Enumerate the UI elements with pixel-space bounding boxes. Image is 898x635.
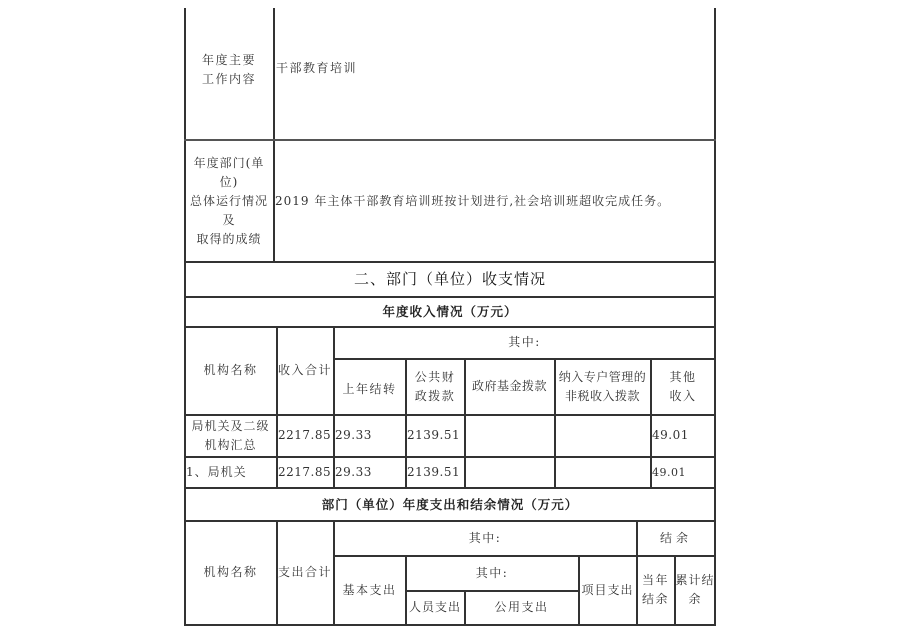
- expense-header-current-year: 当年 结余: [637, 556, 674, 624]
- divider: [554, 358, 556, 487]
- divider: [464, 590, 466, 625]
- income-row-non-tax: [555, 457, 650, 487]
- income-header-other: 其他 收入: [651, 359, 715, 414]
- border-left: [184, 8, 186, 625]
- divider: [578, 555, 580, 625]
- divider: [276, 326, 278, 487]
- expense-header-project: 项目支出: [579, 556, 636, 624]
- section-title: 二、部门（单位）收支情况: [185, 262, 715, 296]
- expense-header-of-which: 其中:: [334, 521, 636, 555]
- income-header-prior-year: 上年结转: [334, 359, 405, 414]
- income-header-total: 收入合计: [277, 327, 333, 414]
- border-right: [714, 8, 716, 625]
- expense-header-cumulative: 累计结 余: [675, 556, 715, 624]
- divider: [636, 520, 638, 625]
- divider: [464, 358, 466, 487]
- divider: [650, 358, 652, 487]
- divider: [184, 139, 716, 141]
- income-row-gov-fund: [465, 415, 554, 456]
- divider: [273, 8, 275, 261]
- income-row-org: 局机关及二级 机构汇总: [185, 415, 276, 456]
- income-row-prior-year: 29.33: [334, 415, 405, 456]
- income-table-title: 年度收入情况（万元）: [185, 297, 715, 326]
- income-header-public-finance: 公共财 政拨款: [406, 359, 464, 414]
- annual-performance-label: 年度部门(单位) 总体运行情况及 取得的成绩: [185, 141, 273, 261]
- divider: [184, 456, 716, 458]
- divider: [184, 296, 716, 298]
- income-header-non-tax: 纳入专户管理的 非税收入拨款: [555, 359, 650, 414]
- income-row-non-tax: [555, 415, 650, 456]
- divider: [333, 555, 716, 557]
- expense-header-public-use: 公用支出: [465, 591, 578, 624]
- income-row-org: 1、局机关: [185, 457, 276, 487]
- divider: [674, 555, 676, 625]
- expense-header-org: 机构名称: [185, 521, 276, 624]
- income-row-gov-fund: [465, 457, 554, 487]
- divider: [333, 358, 716, 360]
- income-row-other: 49.01: [651, 415, 715, 456]
- income-header-of-which: 其中:: [334, 327, 715, 358]
- divider: [184, 326, 716, 328]
- income-header-gov-fund: 政府基金拨款: [465, 359, 554, 414]
- divider: [405, 555, 407, 625]
- divider: [184, 261, 716, 263]
- divider: [333, 520, 335, 625]
- income-header-org: 机构名称: [185, 327, 276, 414]
- income-row-total: 2217.85: [277, 415, 333, 456]
- expense-header-personnel: 人员支出: [406, 591, 464, 624]
- divider: [405, 590, 578, 592]
- income-row-public-finance: 2139.51: [406, 457, 464, 487]
- annual-performance-value: 2019 年主体干部教育培训班按计划进行,社会培训班超收完成任务。: [274, 141, 714, 261]
- expense-header-total: 支出合计: [277, 521, 333, 624]
- income-row-other: 49.01: [651, 457, 715, 487]
- expense-table-title: 部门（单位）年度支出和结余情况（万元）: [185, 488, 715, 520]
- expense-header-of-which-inner: 其中:: [406, 556, 578, 590]
- income-row-prior-year: 29.33: [334, 457, 405, 487]
- work-content-value: 干部教育培训: [275, 0, 715, 140]
- income-row-total: 2217.85: [277, 457, 333, 487]
- divider: [184, 487, 716, 489]
- expense-header-basic: 基本支出: [334, 556, 405, 624]
- income-row-public-finance: 2139.51: [406, 415, 464, 456]
- divider: [405, 358, 407, 487]
- divider: [276, 520, 278, 625]
- divider: [333, 326, 335, 487]
- work-content-label: 年度主要 工作内容: [185, 0, 273, 140]
- divider: [184, 414, 716, 416]
- expense-header-balance: 结余: [637, 521, 715, 555]
